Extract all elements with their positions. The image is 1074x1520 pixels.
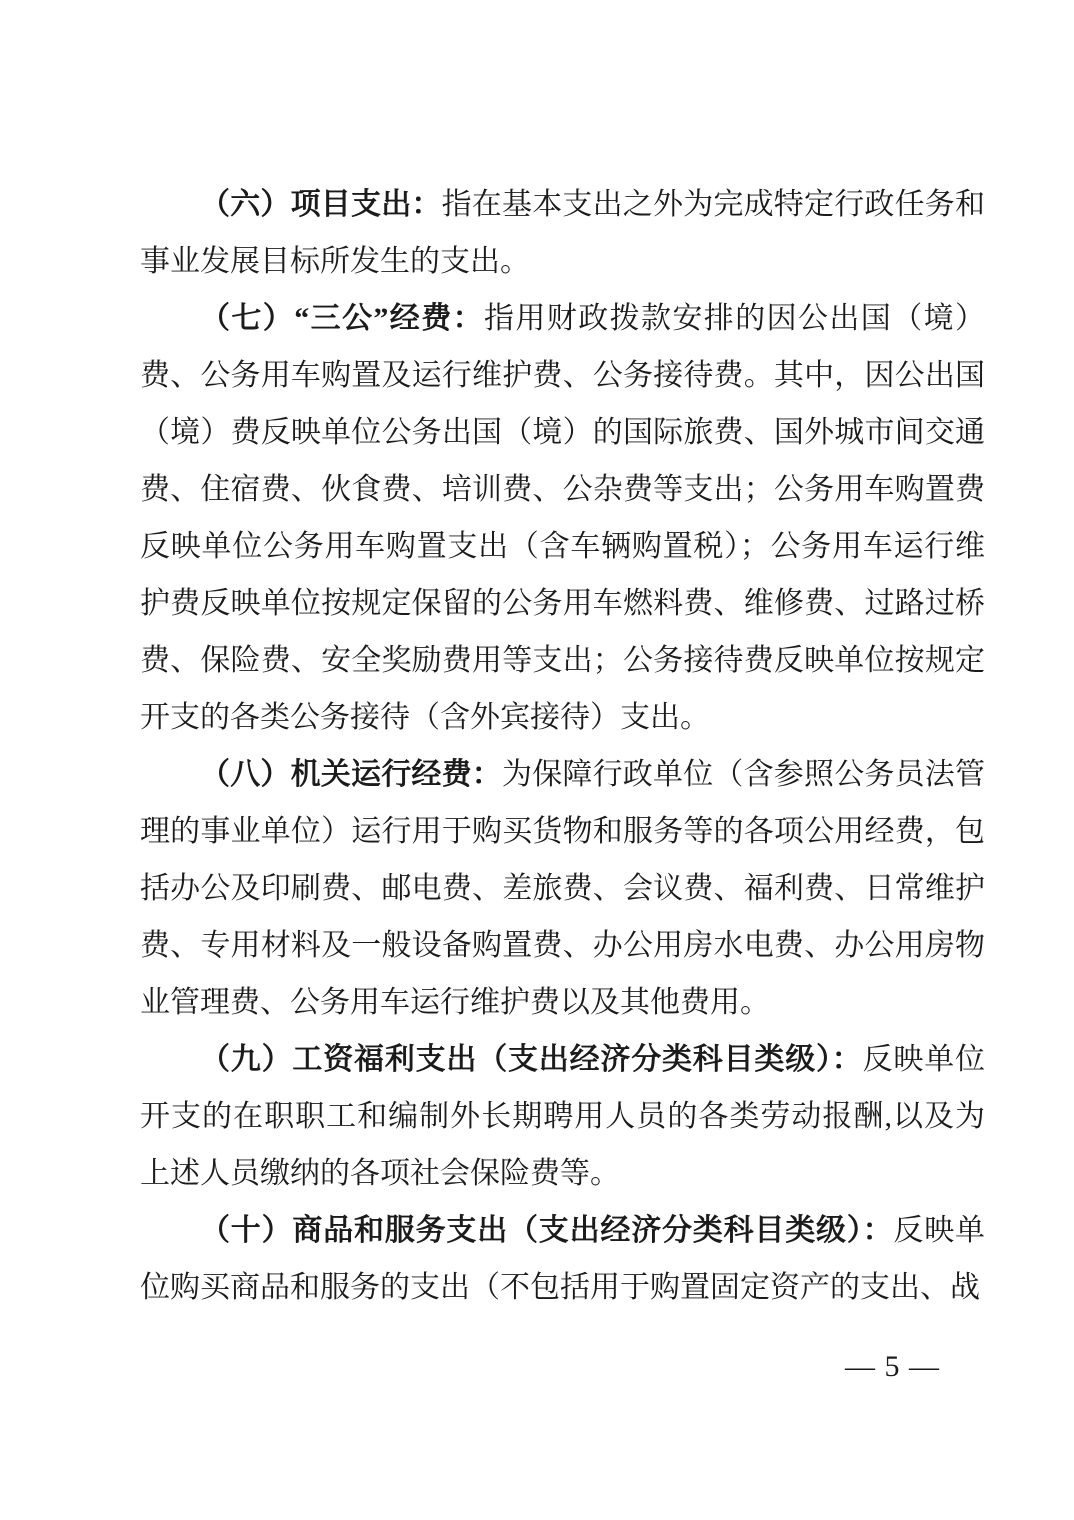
document-body: （六）项目支出：指在基本支出之外为完成特定行政任务和事业发展目标所发生的支出。（…: [140, 176, 985, 1316]
paragraph-term: （九）工资福利支出（支出经济分类科目类级）：: [200, 1043, 863, 1076]
page-number: — 5 —: [845, 1349, 940, 1385]
paragraph: （六）项目支出：指在基本支出之外为完成特定行政任务和事业发展目标所发生的支出。: [140, 176, 985, 290]
paragraph-text: 为保障行政单位（含参照公务员法管理的事业单位）运行用于购买货物和服务等的各项公用…: [140, 758, 985, 1019]
paragraph-term: （七）“三公”经费：: [200, 302, 484, 335]
paragraph: （八）机关运行经费：为保障行政单位（含参照公务员法管理的事业单位）运行用于购买货…: [140, 746, 985, 1031]
paragraph: （十）商品和服务支出（支出经济分类科目类级）：反映单位购买商品和服务的支出（不包…: [140, 1202, 985, 1316]
paragraph: （九）工资福利支出（支出经济分类科目类级）：反映单位开支的在职职工和编制外长期聘…: [140, 1031, 985, 1202]
document-page: （六）项目支出：指在基本支出之外为完成特定行政任务和事业发展目标所发生的支出。（…: [0, 0, 1074, 1520]
paragraph-term: （八）机关运行经费：: [200, 758, 502, 791]
paragraph: （七）“三公”经费：指用财政拨款安排的因公出国（境）费、公务用车购置及运行维护费…: [140, 290, 985, 746]
paragraph-text: 指用财政拨款安排的因公出国（境）费、公务用车购置及运行维护费、公务接待费。其中，…: [140, 302, 985, 734]
paragraph-term: （六）项目支出：: [200, 188, 442, 221]
paragraph-term: （十）商品和服务支出（支出经济分类科目类级）：: [200, 1214, 893, 1247]
